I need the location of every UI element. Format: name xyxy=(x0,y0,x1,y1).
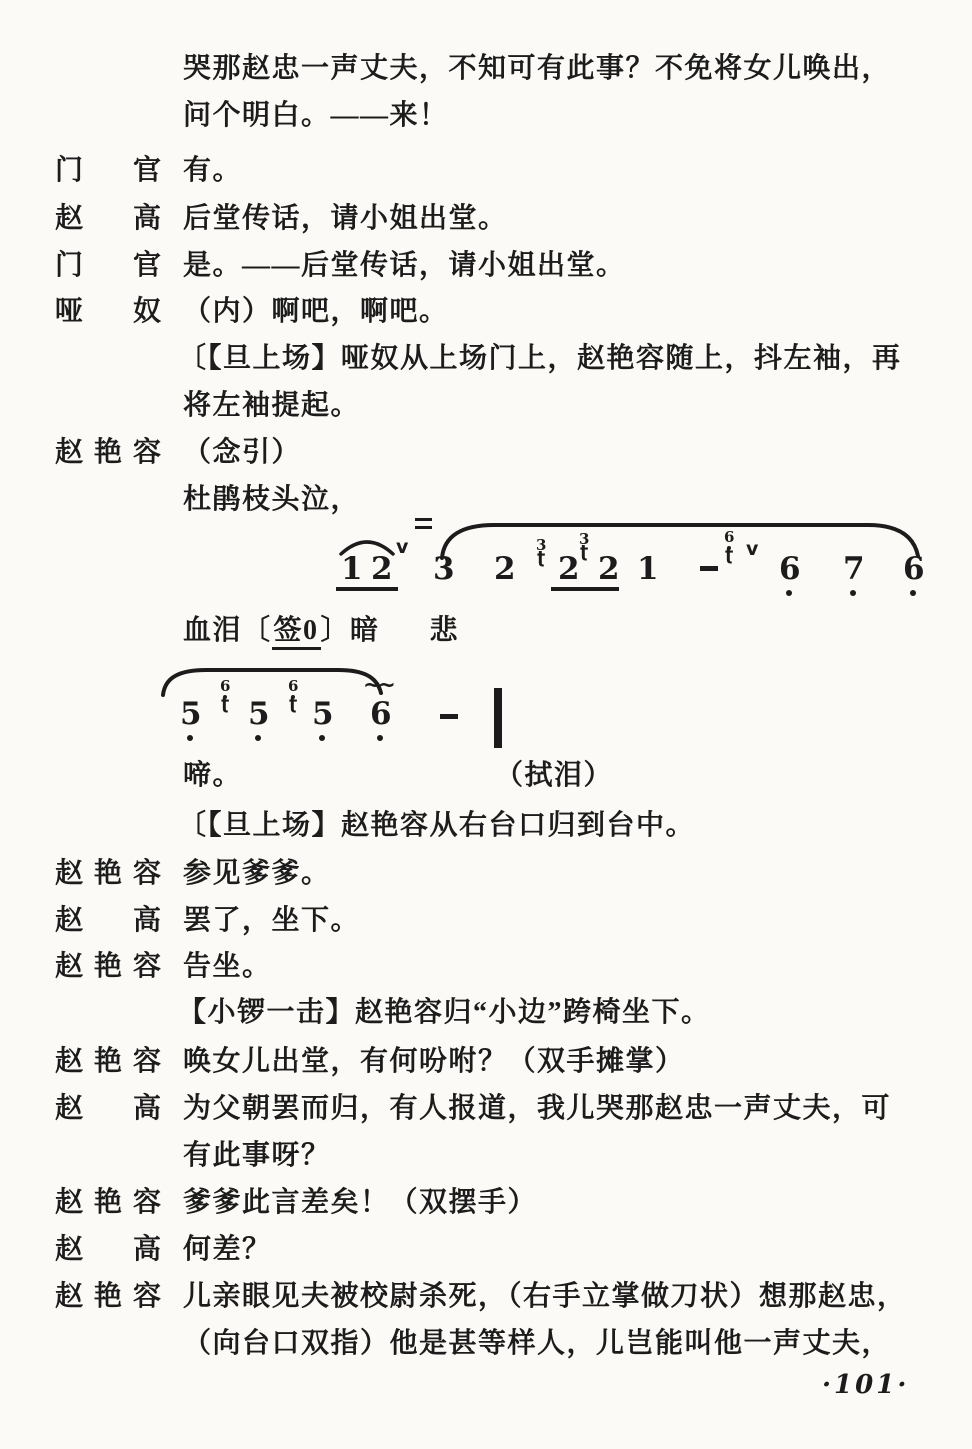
trill-icon: ~~ xyxy=(363,677,392,695)
speaker-name: 赵艳容 xyxy=(55,851,161,891)
stage-tag: 【旦上场】 xyxy=(208,810,342,841)
speaker-name: 哑奴 xyxy=(55,289,161,329)
music-notation-line-1: 1 2 v 3 2 3 ʈ 2 3 ʈ 2 1 6 ʈ v 6 7 6 xyxy=(0,512,972,620)
dialogue-line: 赵艳容 儿亲眼见夫被校尉杀死，（右手立掌做刀状）想那赵忠， xyxy=(0,1274,972,1314)
dialogue-line: 赵艳容 爹爹此言差矣！（双摆手） xyxy=(0,1180,972,1220)
stage-direction: 〔【旦上场】赵艳容从右台口归到台中。 xyxy=(178,803,695,843)
dialogue-text: 哭那赵忠一声丈夫，不知可有此事？不免将女儿唤出， xyxy=(183,46,891,86)
lyric-text: 啼。 xyxy=(183,753,242,793)
dialogue-text: （向台口双指）他是甚等样人，儿岂能叫他一声丈夫， xyxy=(183,1321,891,1361)
stage-text: 赵艳容从右台口归到台中。 xyxy=(341,810,695,841)
end-barline xyxy=(494,688,502,748)
dialogue-line: 赵艳容 （念引） xyxy=(0,430,972,470)
stage-direction-continuation: 将左袖提起。 xyxy=(0,383,972,423)
speaker-name: 赵高 xyxy=(55,1227,161,1267)
dialogue-text: 有此事呀？ xyxy=(183,1133,331,1173)
stage-bracket: 〔 xyxy=(178,810,208,841)
octave-dot xyxy=(786,590,792,596)
dialogue-line: 门官 是。——后堂传话，请小姐出堂。 xyxy=(0,243,972,283)
lyric-text: 血泪〔签0〕暗悲 xyxy=(183,608,459,648)
dialogue-text: 参见爹爹。 xyxy=(183,851,331,891)
verse-line: 杜鹃枝头泣， xyxy=(0,477,972,517)
dialogue-text: （念引） xyxy=(183,430,301,470)
double-dash-mark xyxy=(415,518,432,521)
dialogue-text: 告坐。 xyxy=(183,944,272,984)
dialogue-line: 门官 有。 xyxy=(0,148,972,188)
lyric-segment: 悲 xyxy=(430,615,460,646)
octave-dot xyxy=(319,735,325,741)
dialogue-text: 有。 xyxy=(183,148,242,188)
octave-dot xyxy=(187,735,193,741)
percussion-cue: 签0 xyxy=(272,615,321,650)
slur-arc xyxy=(158,665,386,699)
dialogue-text: 爹爹此言差矣！（双摆手） xyxy=(183,1180,537,1220)
grace-note: 6 ʈ xyxy=(220,679,230,713)
music-note: 1 xyxy=(637,554,659,584)
music-note: 3 xyxy=(433,554,455,584)
music-note: 1 xyxy=(341,554,363,584)
action-direction: （拭泪） xyxy=(495,753,613,793)
speaker-name: 门官 xyxy=(55,148,161,188)
dash-rest xyxy=(700,566,718,571)
stage-tag: 【小锣一击】 xyxy=(178,997,355,1028)
music-note: 2 xyxy=(371,554,393,584)
dialogue-line: 哑奴 （内）啊吧，啊吧。 xyxy=(0,289,972,329)
lyric-segment: 〕暗 xyxy=(321,615,380,646)
stage-direction-line: 〔【旦上场】哑奴从上场门上，赵艳容随上，抖左袖，再 xyxy=(0,336,972,376)
grace-hook-icon: ʈ xyxy=(725,547,733,564)
octave-dot xyxy=(255,735,261,741)
music-note: 2 xyxy=(558,554,580,584)
dialogue-line: 赵高 后堂传话，请小姐出堂。 xyxy=(0,196,972,236)
music-note: 6 xyxy=(779,554,801,584)
dialogue-text: 唤女儿出堂，有何吩咐？（双手摊掌） xyxy=(183,1039,685,1079)
dialogue-line: 赵高 为父朝罢而归，有人报道，我儿哭那赵忠一声丈夫，可 xyxy=(0,1086,972,1126)
grace-hook-icon: ʈ xyxy=(580,544,588,561)
octave-dot xyxy=(377,735,383,741)
speech-continuation-line: （向台口双指）他是甚等样人，儿岂能叫他一声丈夫， xyxy=(0,1321,972,1361)
breath-mark-icon: v xyxy=(396,538,408,557)
dash-rest xyxy=(440,714,458,719)
dialogue-text: 为父朝罢而归，有人报道，我儿哭那赵忠一声丈夫，可 xyxy=(183,1086,891,1126)
music-note: 2 xyxy=(494,554,516,584)
music-note: 5 xyxy=(248,699,270,729)
dialogue-line: 赵艳容 告坐。 xyxy=(0,944,972,984)
dialogue-line: 赵艳容 参见爹爹。 xyxy=(0,851,972,891)
octave-dot xyxy=(910,590,916,596)
speaker-name: 门官 xyxy=(55,243,161,283)
grace-hook-icon: ʈ xyxy=(221,696,229,713)
lyric-line: 血泪〔签0〕暗悲 xyxy=(0,608,972,648)
dialogue-text: （内）啊吧，啊吧。 xyxy=(183,289,449,329)
grace-hook-icon: ʈ xyxy=(537,550,545,567)
grace-note: 6 ʈ xyxy=(724,530,734,564)
speaker-name: 赵艳容 xyxy=(55,1039,161,1079)
speaker-name: 赵高 xyxy=(55,196,161,236)
dialogue-text: 是。——后堂传话，请小姐出堂。 xyxy=(183,243,626,283)
grace-note: 3 ʈ xyxy=(536,538,546,567)
speaker-name: 赵高 xyxy=(55,898,161,938)
music-note: 6 xyxy=(903,554,925,584)
stage-text: 赵艳容归“小边”跨椅坐下。 xyxy=(355,997,711,1028)
stage-text: 哑奴从上场门上，赵艳容随上，抖左袖，再 xyxy=(341,343,902,374)
dialogue-text: 问个明白。——来！ xyxy=(183,93,449,133)
dialogue-text: 罢了，坐下。 xyxy=(183,898,360,938)
music-notation-line-2: 5 6 ʈ 5 6 ʈ 5 ~~ 6 xyxy=(0,665,972,760)
grace-note: 6 ʈ xyxy=(288,679,298,713)
speaker-name: 赵艳容 xyxy=(55,430,161,470)
dialogue-line: 赵高 何差？ xyxy=(0,1227,972,1267)
beam-line xyxy=(336,587,398,591)
octave-dot xyxy=(850,590,856,596)
speech-continuation-line: 哭那赵忠一声丈夫，不知可有此事？不免将女儿唤出， xyxy=(0,46,972,86)
stage-direction-line: 【小锣一击】赵艳容归“小边”跨椅坐下。 xyxy=(0,990,972,1030)
lyric-segment: 血泪〔 xyxy=(183,615,272,646)
music-note: 5 xyxy=(312,699,334,729)
dialogue-text: 何差？ xyxy=(183,1227,272,1267)
stage-direction: 〔【旦上场】哑奴从上场门上，赵艳容随上，抖左袖，再 xyxy=(178,336,902,376)
stage-direction-line: 〔【旦上场】赵艳容从右台口归到台中。 xyxy=(0,803,972,843)
lyric-line: 啼。 （拭泪） xyxy=(0,753,972,793)
stage-direction: 【小锣一击】赵艳容归“小边”跨椅坐下。 xyxy=(178,990,711,1030)
music-note: 2 xyxy=(598,554,620,584)
grace-hook-icon: ʈ xyxy=(289,696,297,713)
stage-text: 将左袖提起。 xyxy=(183,383,360,423)
speech-continuation-line: 有此事呀？ xyxy=(0,1133,972,1173)
speaker-name: 赵艳容 xyxy=(55,1180,161,1220)
dialogue-text: 后堂传话，请小姐出堂。 xyxy=(183,196,508,236)
double-dash-mark xyxy=(415,526,432,529)
verse-text: 杜鹃枝头泣， xyxy=(183,477,360,517)
beam-line xyxy=(551,587,619,591)
music-note: 6 xyxy=(370,699,392,729)
dialogue-line: 赵高 罢了，坐下。 xyxy=(0,898,972,938)
music-note: 5 xyxy=(180,699,202,729)
stage-tag: 【旦上场】 xyxy=(208,343,342,374)
dialogue-text: 儿亲眼见夫被校尉杀死，（右手立掌做刀状）想那赵忠， xyxy=(183,1274,907,1314)
speaker-name: 赵艳容 xyxy=(55,1274,161,1314)
dialogue-line: 赵艳容 唤女儿出堂，有何吩咐？（双手摊掌） xyxy=(0,1039,972,1079)
speaker-name: 赵艳容 xyxy=(55,944,161,984)
speaker-name: 赵高 xyxy=(55,1086,161,1126)
stage-bracket: 〔 xyxy=(178,343,208,374)
grace-note: 3 ʈ xyxy=(579,532,589,561)
breath-mark-icon: v xyxy=(746,540,758,559)
script-page: 哭那赵忠一声丈夫，不知可有此事？不免将女儿唤出， 问个明白。——来！ 门官 有。… xyxy=(0,0,972,1449)
speech-continuation-line: 问个明白。——来！ xyxy=(0,93,972,133)
page-number: ·101· xyxy=(822,1370,909,1400)
music-note: 7 xyxy=(843,554,865,584)
